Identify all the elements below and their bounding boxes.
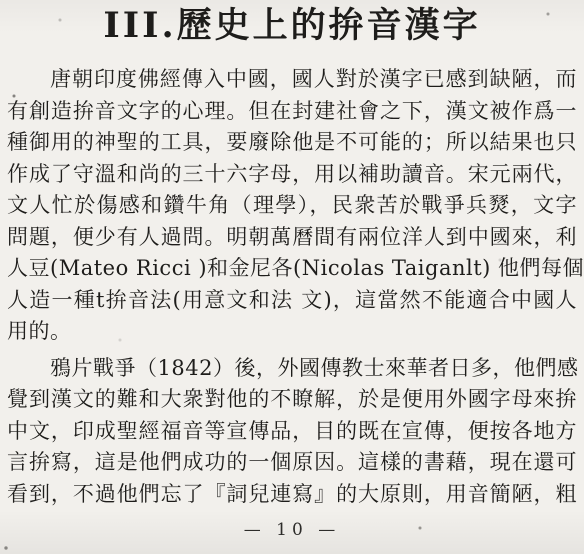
text-line: 人豆(Mateo Ricci )和金尼各(Nicolas Taiganlt) 他… (7, 253, 577, 285)
text-line: 看到，不過他們忘了『詞兒連寫』的大原則，用音簡陋，粗 (7, 479, 577, 511)
text-line: 問題，便少有人過問。明朝萬曆間有兩位洋人到中國來，利 (7, 222, 577, 254)
text-line: 鴉片戰爭（1842）後，外國傳教士來華者日多，他們感 (7, 353, 577, 385)
page-title: III.歷史上的拚音漢字 (7, 2, 577, 50)
page-number: — 10 — (7, 520, 577, 540)
paragraph-1: 唐朝印度佛經傳入中國，國人對於漢字已感到缺陋，而 有創造拚音文字的心理。但在封建… (7, 64, 577, 348)
text-line: 用的。 (7, 316, 577, 348)
body-text: 唐朝印度佛經傳入中國，國人對於漢字已感到缺陋，而 有創造拚音文字的心理。但在封建… (7, 64, 577, 510)
text-line: 唐朝印度佛經傳入中國，國人對於漢字已感到缺陋，而 (7, 64, 577, 96)
text-line: 作成了守溫和尚的三十六字母，用以補助讀音。宋元兩代， (7, 159, 577, 191)
scanned-book-page: III.歷史上的拚音漢字 唐朝印度佛經傳入中國，國人對於漢字已感到缺陋，而 有創… (0, 0, 584, 554)
text-line: 種御用的神聖的工具，要廢除他是不可能的；所以結果也只 (7, 127, 577, 159)
text-line: 言拚寫，這是他們成功的一個原因。這樣的書藉，現在還可 (7, 447, 577, 479)
paragraph-2: 鴉片戰爭（1842）後，外國傳教士來華者日多，他們感 覺到漢文的難和大衆對他的不… (7, 353, 577, 511)
text-line: 人造一種t拚音法(用意文和法 文)，這當然不能適合中國人 (7, 285, 577, 317)
text-line: 覺到漢文的難和大衆對他的不瞭解，於是便用外國字母來拚 (7, 384, 577, 416)
text-line: 有創造拚音文字的心理。但在封建社會之下，漢文被作爲一 (7, 96, 577, 128)
text-line: 文人忙於傷感和鑽牛角（理學），民衆苦於戰爭兵燹，文字 (7, 190, 577, 222)
text-line: 中文，印成聖經福音等宣傳品，目的既在宣傳，便按各地方 (7, 416, 577, 448)
